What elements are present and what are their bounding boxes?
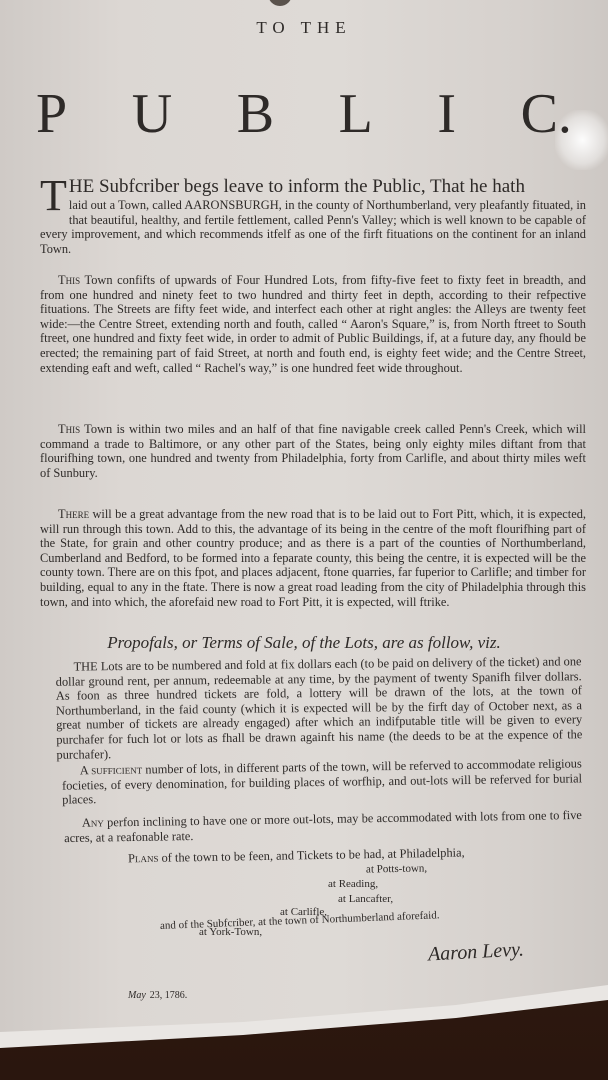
place-lancaster: at Lancafter, (338, 893, 393, 905)
title-letter: C. (521, 86, 572, 142)
terms-religious: A sufficient number of lots, in differen… (62, 756, 583, 807)
title-letter: L (339, 86, 373, 142)
paragraph-town-lots: This Town confifts of upwards of Four Hu… (40, 273, 586, 375)
paragraph-text: Town is within two miles and an half of … (40, 422, 586, 480)
terms-plans: Plans of the town to be feen, and Ticket… (110, 844, 530, 866)
date-month: May (128, 990, 146, 1001)
paragraph-location: This Town is within two miles and an hal… (40, 422, 586, 480)
title-letter: I (437, 86, 456, 142)
title-letter: U (132, 86, 172, 142)
subscriber-line: and of the Subfcriber, at the town of No… (160, 905, 540, 932)
pre-title: TO THE (0, 18, 608, 38)
paragraph-advantages: There will be a great advantage from the… (40, 507, 586, 609)
lead-word: There (58, 507, 89, 521)
page-title: P U B L I C. (36, 86, 572, 142)
terms-heading: Propofals, or Terms of Sale, of the Lots… (0, 633, 608, 653)
paragraph-text: perfon inclining to have one or more out… (64, 808, 582, 845)
paragraph-text: will be a great advantage from the new r… (40, 507, 586, 609)
lead-body: laid out a Town, called AARONSBURGH, in … (40, 198, 586, 256)
date: May23, 1786. (128, 990, 187, 1001)
paragraph-text: Town confifts of upwards of Four Hundred… (40, 273, 586, 375)
title-letter: P (36, 86, 67, 142)
lead-paragraph: T HE Subfcriber begs leave to inform the… (40, 176, 586, 256)
lead-word: This (58, 273, 80, 287)
paragraph-text: Lots are to be numbered and fold at fix … (56, 654, 583, 761)
broadside-sheet: TO THE P U B L I C. T HE Subfcriber begs… (0, 0, 608, 1040)
lead-word: Any (82, 815, 104, 829)
terms-outlots: Any perfon inclining to have one or more… (64, 808, 582, 845)
place-reading: at Reading, (328, 878, 378, 890)
lead-word: A sufficient (80, 763, 143, 778)
lead-first-line: HE Subfcriber begs leave to inform the P… (40, 176, 586, 198)
title-letter: B (237, 86, 274, 142)
lead-word: THE (73, 659, 97, 673)
date-rest: 23, 1786. (150, 990, 188, 1001)
terms-lots: THE Lots are to be numbered and fold at … (55, 654, 582, 762)
drop-cap: T (40, 178, 67, 214)
lead-word: This (58, 422, 80, 436)
place-pottstown: at Potts-town, (366, 862, 427, 875)
lead-word: Plans (128, 851, 159, 866)
signature: Aaron Levy. (427, 939, 524, 967)
pushpin-icon (268, 0, 292, 6)
